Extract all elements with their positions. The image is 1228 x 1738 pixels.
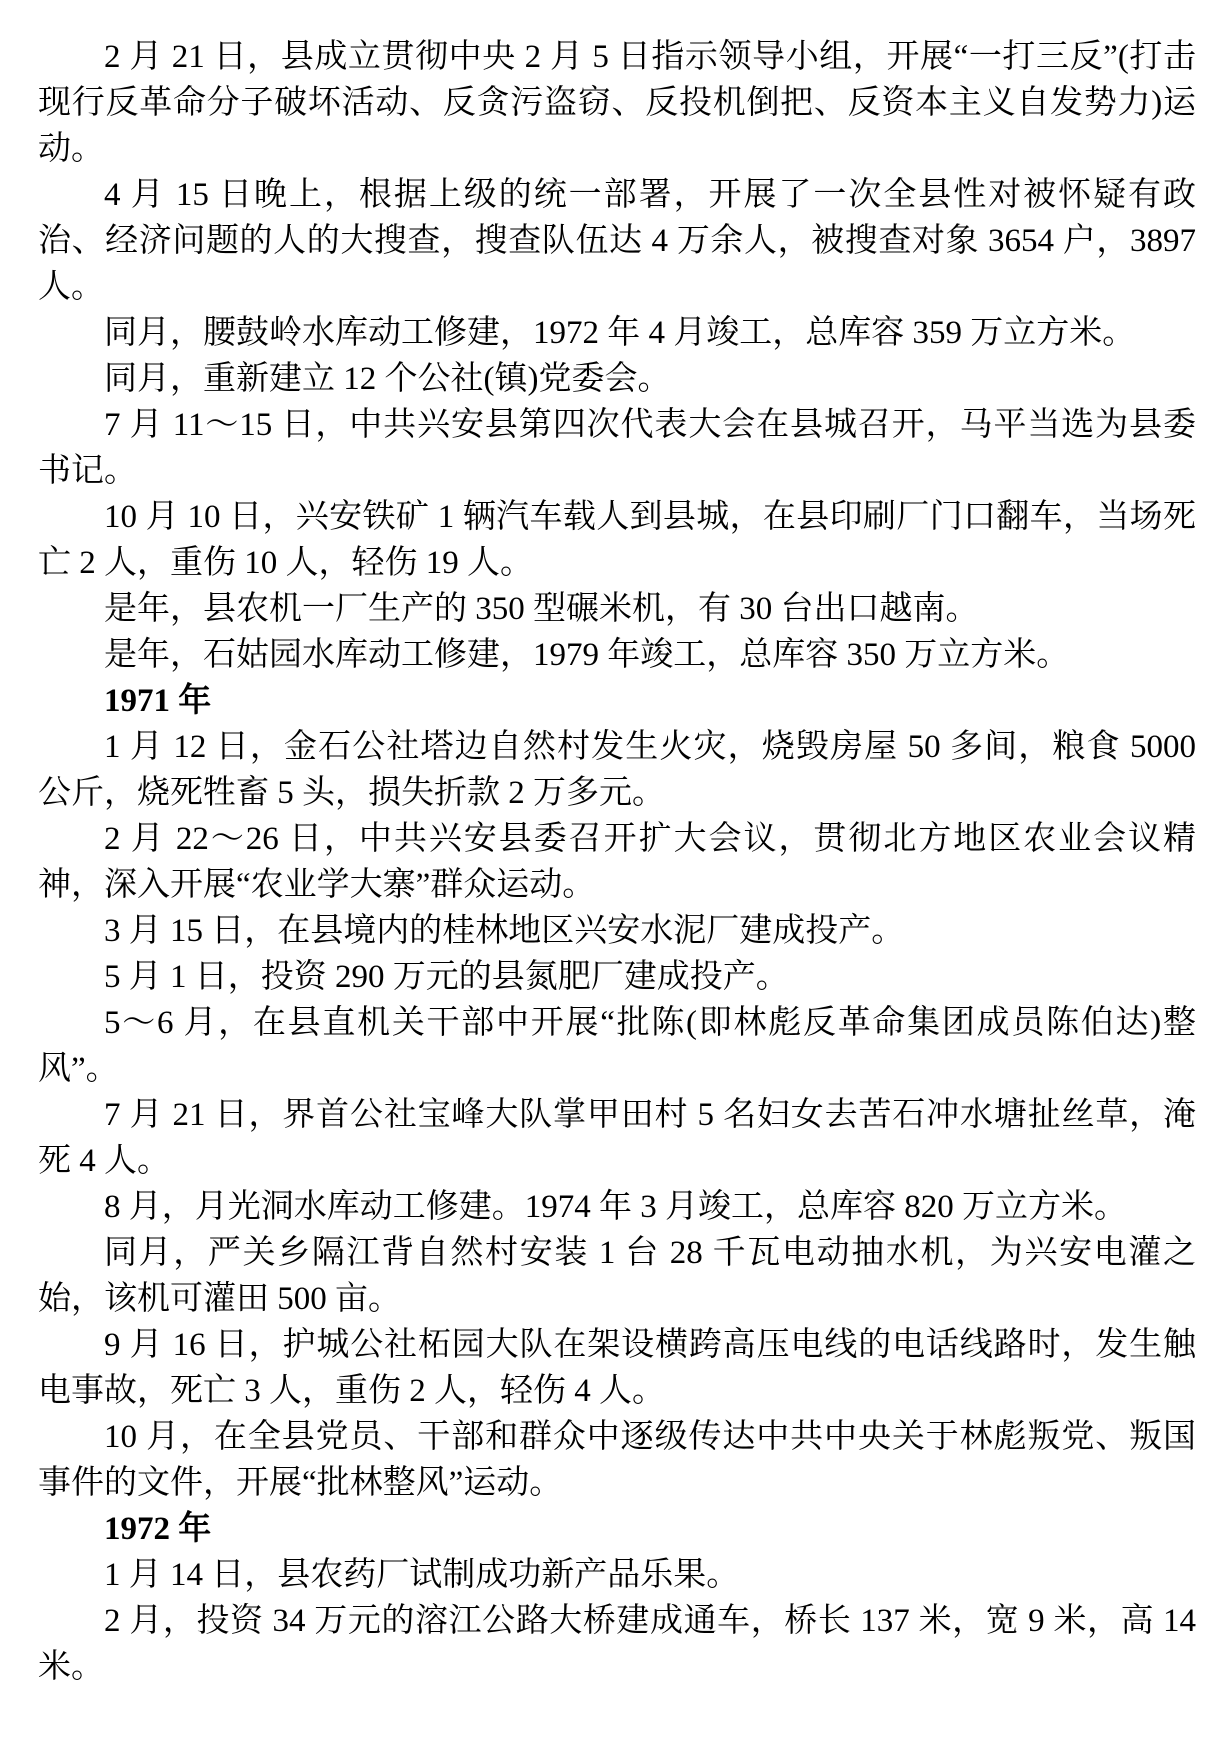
chronicle-entry: 10 月，在全县党员、干部和群众中逐级传达中共中央关于林彪叛党、叛国事件的文件，…: [38, 1414, 1196, 1506]
chronicle-entry: 同月，腰鼓岭水库动工修建，1972 年 4 月竣工，总库容 359 万立方米。: [38, 310, 1196, 356]
chronicle-entry: 同月，重新建立 12 个公社(镇)党委会。: [38, 356, 1196, 402]
chronicle-entry: 8 月，月光洞水库动工修建。1974 年 3 月竣工，总库容 820 万立方米。: [38, 1184, 1196, 1230]
chronicle-entry: 7 月 21 日，界首公社宝峰大队掌甲田村 5 名妇女去苦石冲水塘扯丝草，淹死 …: [38, 1092, 1196, 1184]
chronicle-entry: 4 月 15 日晚上，根据上级的统一部署，开展了一次全县性对被怀疑有政治、经济问…: [38, 172, 1196, 310]
chronicle-entry: 是年，县农机一厂生产的 350 型碾米机，有 30 台出口越南。: [38, 586, 1196, 632]
chronicle-entry: 1 月 12 日，金石公社塔边自然村发生火灾，烧毁房屋 50 多间，粮食 500…: [38, 724, 1196, 816]
chronicle-entry: 10 月 10 日，兴安铁矿 1 辆汽车载人到县城，在县印刷厂门口翻车，当场死亡…: [38, 494, 1196, 586]
chronicle-entry: 9 月 16 日，护城公社柘园大队在架设横跨高压电线的电话线路时，发生触电事故，…: [38, 1322, 1196, 1414]
document-page: 2 月 21 日，县成立贯彻中央 2 月 5 日指示领导小组，开展“一打三反”(…: [0, 0, 1228, 1738]
chronicle-entry: 2 月 21 日，县成立贯彻中央 2 月 5 日指示领导小组，开展“一打三反”(…: [38, 34, 1196, 172]
chronicle-entry: 5～6 月，在县直机关干部中开展“批陈(即林彪反革命集团成员陈伯达)整风”。: [38, 1000, 1196, 1092]
chronicle-entry: 同月，严关乡隔江背自然村安装 1 台 28 千瓦电动抽水机，为兴安电灌之始，该机…: [38, 1230, 1196, 1322]
year-heading: 1971 年: [38, 678, 1196, 724]
chronicle-text: 2 月 21 日，县成立贯彻中央 2 月 5 日指示领导小组，开展“一打三反”(…: [38, 34, 1196, 1690]
chronicle-entry: 2 月，投资 34 万元的溶江公路大桥建成通车，桥长 137 米，宽 9 米，高…: [38, 1598, 1196, 1690]
chronicle-entry: 7 月 11～15 日，中共兴安县第四次代表大会在县城召开，马平当选为县委书记。: [38, 402, 1196, 494]
chronicle-entry: 是年，石姑园水库动工修建，1979 年竣工，总库容 350 万立方米。: [38, 632, 1196, 678]
chronicle-entry: 3 月 15 日，在县境内的桂林地区兴安水泥厂建成投产。: [38, 908, 1196, 954]
chronicle-entry: 5 月 1 日，投资 290 万元的县氮肥厂建成投产。: [38, 954, 1196, 1000]
chronicle-entry: 1 月 14 日，县农药厂试制成功新产品乐果。: [38, 1552, 1196, 1598]
year-heading: 1972 年: [38, 1506, 1196, 1552]
chronicle-entry: 2 月 22～26 日，中共兴安县委召开扩大会议，贯彻北方地区农业会议精神，深入…: [38, 816, 1196, 908]
